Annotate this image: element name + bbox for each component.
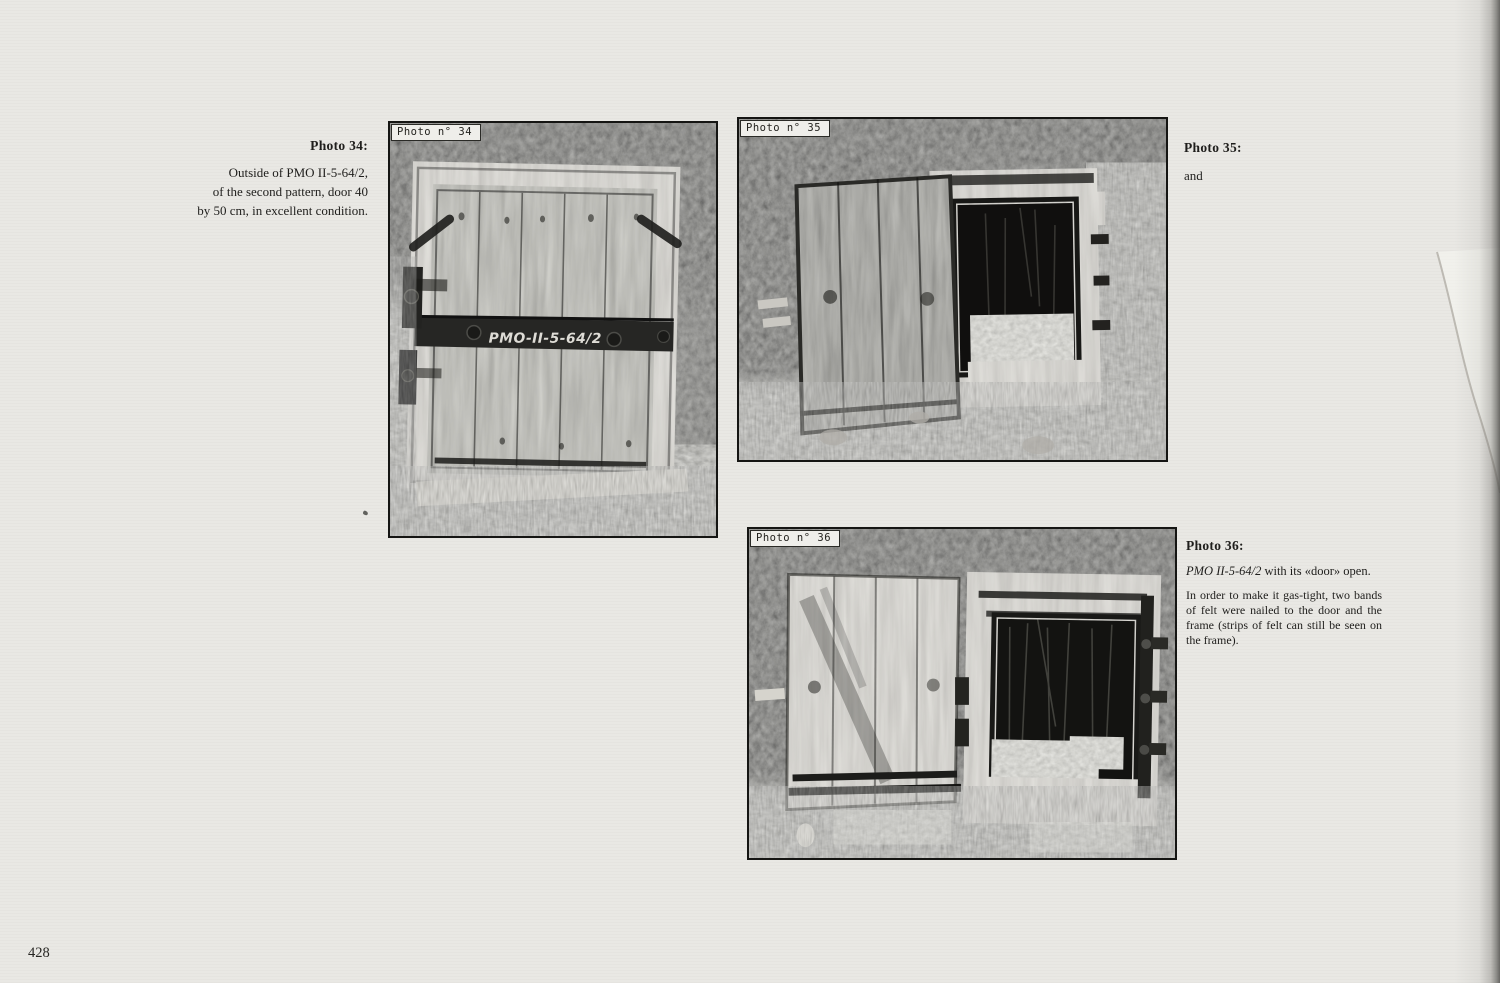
hatch-frame [967,577,1169,821]
bunker-door-closed: PMO-II-5-64/2 [397,168,679,488]
caption-photo-36-designation: PMO II-5-64/2 [1186,564,1261,578]
book-edge-shadow [1454,0,1500,983]
felt-strip-left [755,688,785,701]
caption-photo-36: Photo 36: PMO II-5-64/2 with its «door» … [1186,538,1382,648]
open-door [779,569,969,818]
ink-speck [362,510,368,516]
hatch-frame [933,173,1111,403]
caption-photo-36-lead: PMO II-5-64/2 with its «door» open. [1186,564,1382,579]
caption-photo-34-title: Photo 34: [168,138,368,154]
grass-left [390,262,416,500]
photo-35-label: Photo n° 35 [740,120,830,137]
caption-photo-34: Photo 34: Outside of PMO II-5-64/2, of t… [168,138,368,220]
caption-photo-35: Photo 35: and [1184,140,1404,184]
caption-line: of the second pattern, door 40 [168,182,368,201]
page-crease [1425,248,1500,508]
photo-35-image [739,119,1166,460]
caption-photo-35-text: and [1184,168,1404,184]
caption-line: Outside of PMO II-5-64/2, [168,163,368,182]
photo-36: Photo n° 36 [747,527,1177,860]
caption-photo-36-body: In order to make it gas-tight, two bands… [1186,588,1382,648]
corner-post [1082,193,1104,225]
grass-blades [739,384,1166,460]
caption-photo-34-text: Outside of PMO II-5-64/2, of the second … [168,163,368,220]
photo-36-image [749,529,1175,858]
photo-34-image: PMO-II-5-64/2 [390,123,716,536]
door-bottom-iron [793,774,957,778]
photo-34: PMO-II-5-64/2 Photo n° 34 [388,121,718,538]
caption-photo-36-title: Photo 36: [1186,538,1382,554]
photo-35: Photo n° 35 [737,117,1168,462]
scanned-book-page: Photo 34: Outside of PMO II-5-64/2, of t… [0,0,1500,983]
door-bolt [808,681,821,694]
caption-photo-36-lead-rest: with its «door» open. [1261,564,1370,578]
photo-36-label: Photo n° 36 [750,530,840,547]
photo-34-label: Photo n° 34 [391,124,481,141]
door-bolt [920,292,934,306]
page-number: 428 [28,945,50,962]
grass-blades [390,468,716,536]
door-bolt [927,679,940,692]
caption-line: by 50 cm, in excellent condition. [168,201,368,220]
caption-photo-35-title: Photo 35: [1184,140,1404,156]
chalk-inscription: PMO-II-5-64/2 [489,331,602,347]
door-bolt [823,290,837,304]
